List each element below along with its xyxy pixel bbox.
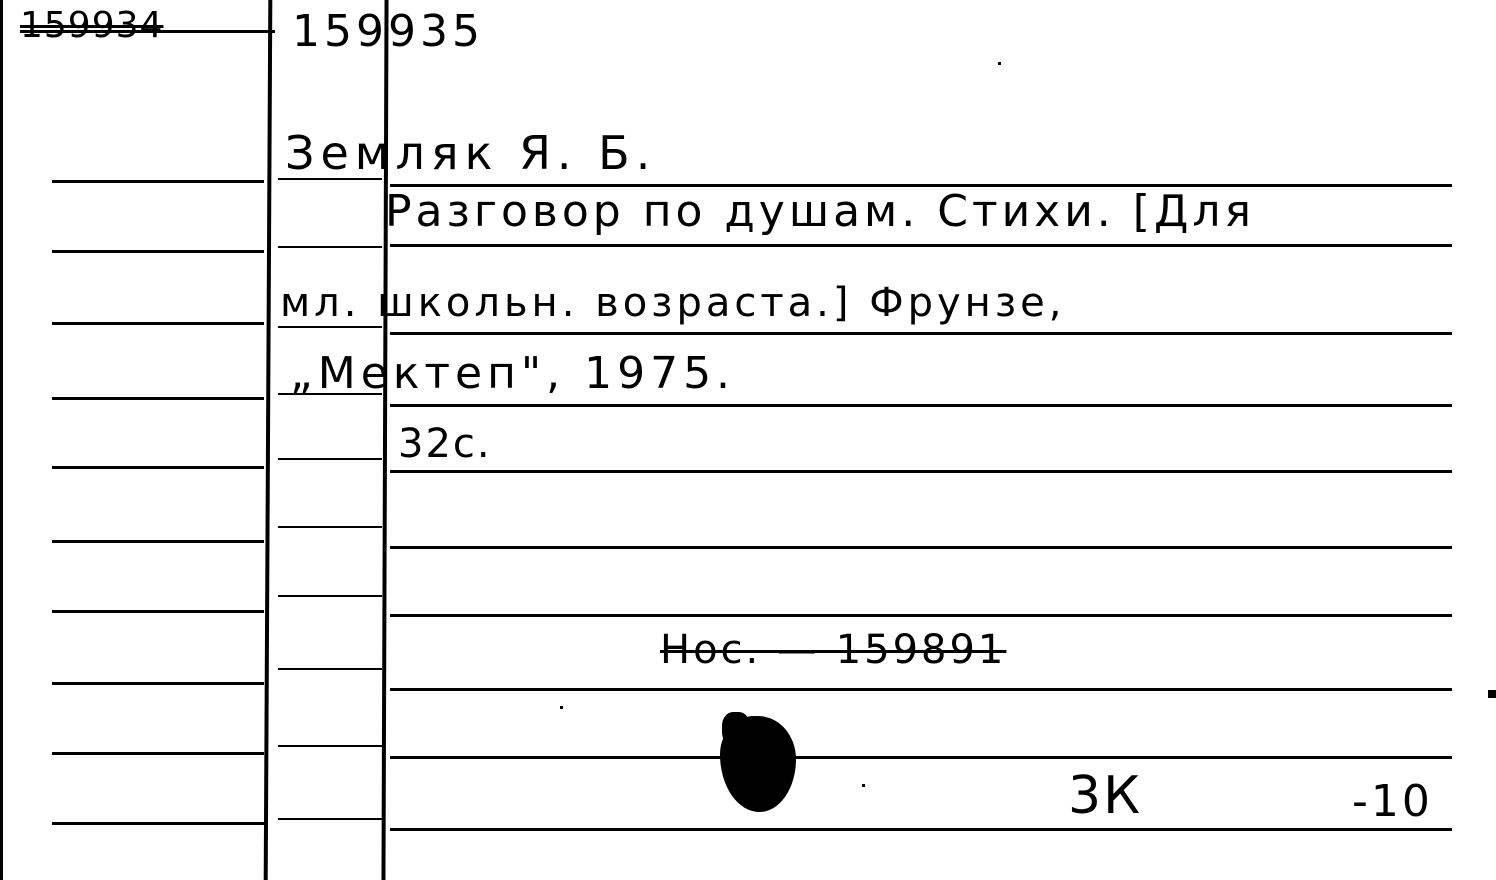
classification-code: 3К xyxy=(1068,770,1142,822)
ruled-line xyxy=(52,397,264,400)
card-left-border xyxy=(0,0,3,880)
ruled-line xyxy=(52,682,264,685)
vertical-rule-left xyxy=(264,0,273,880)
ruled-line xyxy=(278,595,382,597)
ruled-line xyxy=(278,526,382,528)
ink-blot xyxy=(720,716,796,812)
old-accession-number: 159934 xyxy=(20,8,163,44)
ruled-line xyxy=(278,458,382,460)
title-line-2: мл. школьн. возраста.] Фрунзе, xyxy=(280,283,1065,323)
inventory-note: Нос. — 159891 xyxy=(660,630,1006,670)
ruled-line xyxy=(278,745,382,747)
catalog-card: 159934 159935 Земляк Я. Б. Разговор по д… xyxy=(0,0,1496,880)
title-line-1: Разговор по душам. Стихи. [Для xyxy=(385,190,1255,234)
ruled-line xyxy=(52,322,264,325)
ruled-line xyxy=(278,326,382,328)
ruled-line xyxy=(52,822,264,825)
speck xyxy=(862,784,865,787)
accession-number: 159935 xyxy=(292,10,484,54)
shelf-mark: -10 xyxy=(1352,780,1433,824)
ruled-line xyxy=(52,752,264,755)
ruled-line xyxy=(390,244,1452,247)
ruled-line xyxy=(390,828,1452,831)
ruled-line xyxy=(390,688,1452,691)
title-line-3: „Мектеп", 1975. xyxy=(290,352,735,396)
speck xyxy=(998,62,1001,65)
ruled-line xyxy=(390,470,1452,473)
ruled-line xyxy=(390,332,1452,335)
ruled-line xyxy=(52,540,264,543)
ruled-line xyxy=(52,250,264,253)
ruled-line xyxy=(52,466,264,469)
ruled-line xyxy=(390,404,1452,407)
ruled-line xyxy=(52,180,264,183)
ruled-line xyxy=(278,668,382,670)
edge-mark xyxy=(1488,690,1496,698)
ruled-line xyxy=(52,610,264,613)
ruled-line xyxy=(278,818,382,820)
author: Земляк Я. Б. xyxy=(285,130,656,176)
ruled-line xyxy=(390,546,1452,549)
ruled-line xyxy=(390,614,1452,617)
page-count: 32с. xyxy=(398,424,492,464)
ruled-line xyxy=(278,246,382,248)
speck xyxy=(560,706,563,709)
ruled-line xyxy=(390,756,1452,759)
